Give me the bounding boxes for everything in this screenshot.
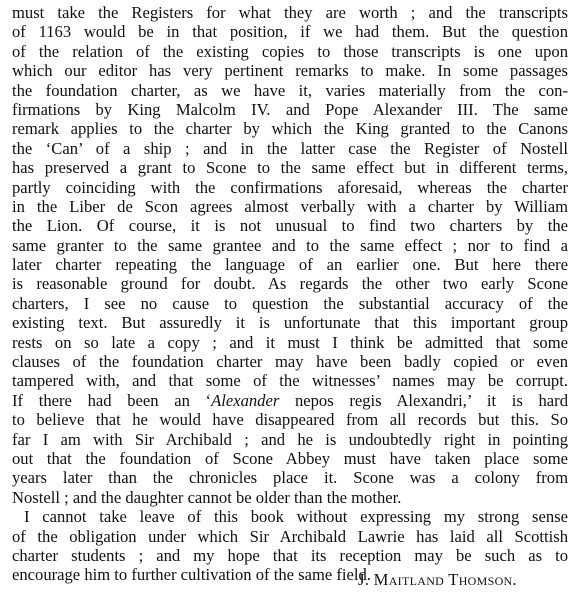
text-line: to believe that he would have disappeare… <box>12 410 568 429</box>
text-line: tampered with, and that some of the witn… <box>12 371 568 390</box>
text-line: the Lion. Of course, it is not unusual t… <box>12 216 568 235</box>
text-line: existing text. But assuredly it is unfor… <box>12 313 568 332</box>
text-line: is reasonable ground for doubt. As regar… <box>12 274 568 293</box>
text-line: charter students ; and my hope that its … <box>12 546 568 565</box>
document-page: must take the Registers for what they ar… <box>12 3 568 585</box>
text-line: must take the Registers for what they ar… <box>12 3 568 22</box>
paragraph-1: must take the Registers for what they ar… <box>12 3 568 507</box>
text-line: partly coinciding with the confirmations… <box>12 178 568 197</box>
text-line: of the relation of the existing copies t… <box>12 42 568 61</box>
text-line: Nostell ; and the daughter cannot be old… <box>12 488 568 507</box>
text-line: has preserved a grant to Scone to the sa… <box>12 158 568 177</box>
text-line: years later than the chronicles place it… <box>12 468 568 487</box>
text-line: I cannot take leave of this book without… <box>12 507 568 526</box>
text-line: of the obligation under which Sir Archib… <box>12 527 568 546</box>
text-line: the foundation charter, as we have it, v… <box>12 81 568 100</box>
text-line: remark applies to the charter by which t… <box>12 119 568 138</box>
text-line: same granter to the same grantee and to … <box>12 236 568 255</box>
text-line: of 1163 would be in that position, if we… <box>12 22 568 41</box>
text-segment: nepos regis Alexandri,’ it is hard <box>279 391 568 410</box>
text-line: out that the foundation of Scone Abbey m… <box>12 449 568 468</box>
text-line: firmations by King Malcolm IV. and Pope … <box>12 100 568 119</box>
text-line: the ‘Can’ of a ship ; and in the latter … <box>12 139 568 158</box>
italic-name: Alexander <box>211 391 279 410</box>
text-line: rests on so late a copy ; and it must I … <box>12 333 568 352</box>
text-line: far I am with Sir Archibald ; and he is … <box>12 430 568 449</box>
text-segment: If there had been an ‘ <box>12 391 211 410</box>
text-line: charters, I see no cause to question the… <box>12 294 568 313</box>
text-line: which our editor has very pertinent rema… <box>12 61 568 80</box>
text-line: in the Liber de Scon agrees almost verba… <box>12 197 568 216</box>
text-line: later charter repeating the language of … <box>12 255 568 274</box>
text-line: clauses of the foundation charter may ha… <box>12 352 568 371</box>
author-signature: J. Maitland Thomson. <box>358 570 517 590</box>
text-line: If there had been an ‘Alexander nepos re… <box>12 391 568 410</box>
